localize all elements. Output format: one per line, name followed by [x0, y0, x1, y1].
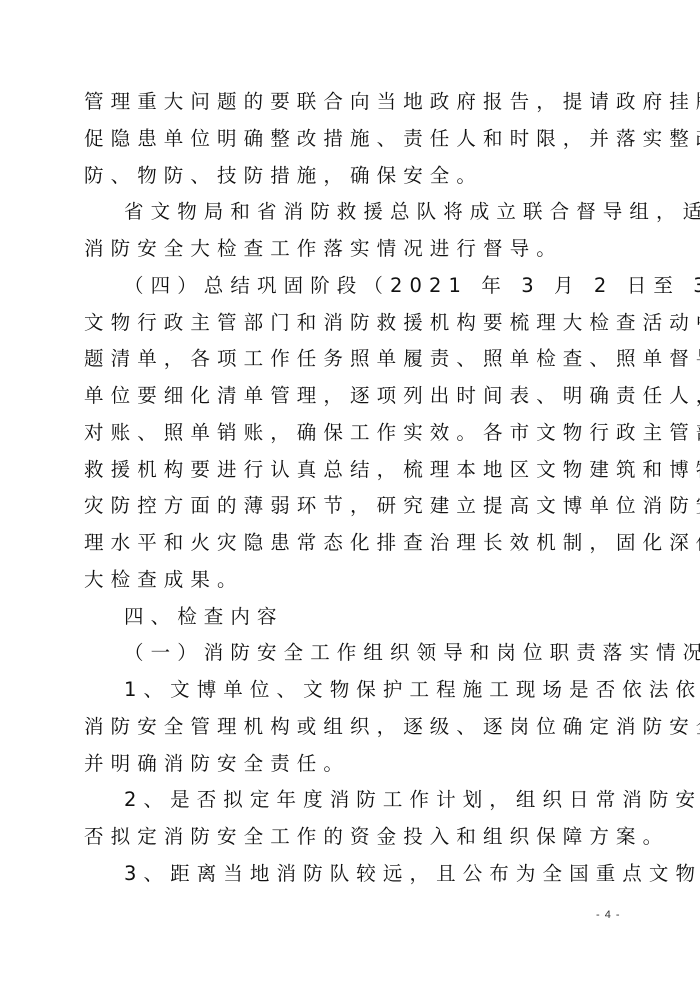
section-heading-summary-phase: （四）总结巩固阶段（2021 年 3 月 2 日至 3 月 15 日）。各市	[84, 268, 624, 305]
list-item-3: 3、距离当地消防队较远，且公布为全国重点文物保护单位的	[84, 856, 624, 893]
text-line: 理水平和火灾隐患常态化排查治理长效机制，固化深化消防安全	[84, 525, 624, 562]
body-text: 管理重大问题的要联合向当地政府报告，提请政府挂牌督办，督 促隐患单位明确整改措施…	[84, 84, 624, 893]
text-line: 救援机构要进行认真总结，梳理本地区文物建筑和博物馆单位火	[84, 452, 624, 489]
list-item-1: 1、文博单位、文物保护工程施工现场是否依法依规建立健全	[84, 672, 624, 709]
text-line: 防、物防、技防措施，确保安全。	[84, 158, 624, 195]
text-line: 单位要细化清单管理，逐项列出时间表、明确责任人，定期照单	[84, 378, 624, 415]
text-line: 灾防控方面的薄弱环节，研究建立提高文博单位消防安全自我管	[84, 488, 624, 525]
subsection-heading: （一）消防安全工作组织领导和岗位职责落实情况	[84, 635, 624, 672]
text-line: 题清单，各项工作任务照单履责、照单检查、照单督导。各文博	[84, 341, 624, 378]
text-line: 促隐患单位明确整改措施、责任人和时限，并落实整改期间的人	[84, 121, 624, 158]
list-item-2: 2、是否拟定年度消防工作计划，组织日常消防安全管理；是	[84, 782, 624, 819]
text-line: 管理重大问题的要联合向当地政府报告，提请政府挂牌督办，督	[84, 84, 624, 121]
text-line: 并明确消防安全责任。	[84, 746, 624, 783]
text-line: 文物行政主管部门和消防救援机构要梳理大检查活动中发现的问	[84, 305, 624, 342]
text-line: 消防安全管理机构或组织，逐级、逐岗位确定消防安全责任人，	[84, 709, 624, 746]
text-line: 消防安全大检查工作落实情况进行督导。	[84, 231, 624, 268]
text-line: 省文物局和省消防救援总队将成立联合督导组，适时对各市	[84, 194, 624, 231]
section-heading-inspection-content: 四、检查内容	[84, 599, 624, 636]
page-number: - 4 -	[596, 909, 621, 921]
text-line: 对账、照单销账，确保工作实效。各市文物行政主管部门和消防	[84, 415, 624, 452]
text-line: 否拟定消防安全工作的资金投入和组织保障方案。	[84, 819, 624, 856]
text-line: 大检查成果。	[84, 562, 624, 599]
document-page: 管理重大问题的要联合向当地政府报告，提请政府挂牌督办，督 促隐患单位明确整改措施…	[0, 0, 700, 989]
